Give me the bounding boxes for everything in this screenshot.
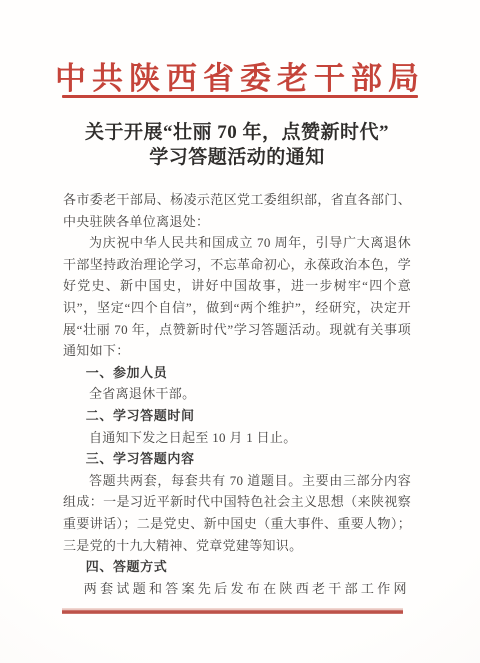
document-title-line1: 关于开展“壮丽 70 年，点赞新时代” <box>85 122 389 143</box>
red-header-rule <box>62 95 418 98</box>
footer-red-rule <box>62 608 403 614</box>
document-title: 关于开展“壮丽 70 年，点赞新时代”学习答题活动的通知 <box>0 120 474 170</box>
document-body: 各市委老干部局、杨凌示范区党工委组织部，省直各部门、中央驻陕各单位离退处： 为庆… <box>63 189 411 599</box>
document-title-line2: 学习答题活动的通知 <box>149 147 325 168</box>
section-heading-content: 三、学习答题内容 <box>63 448 411 470</box>
section-text-time: 自通知下发之日起至 10 月 1 日止。 <box>63 427 411 449</box>
section-heading-method: 四、答题方式 <box>63 556 411 578</box>
section-text-participants: 全省离退休干部。 <box>63 383 411 405</box>
section-text-method: 两套试题和答案先后发布在陕西老干部工作网 <box>63 578 411 600</box>
salutation-paragraph: 各市委老干部局、杨凌示范区党工委组织部，省直各部门、中央驻陕各单位离退处： <box>63 189 411 232</box>
intro-paragraph: 为庆祝中华人民共和国成立 70 周年，引导广大离退休干部坚持政治理论学习，不忘革… <box>63 232 411 362</box>
issuing-authority-name: 中共陕西省委老干部局 <box>0 53 480 98</box>
section-heading-time: 二、学习答题时间 <box>63 405 411 427</box>
section-text-content: 答题共两套，每套共有 70 道题目。主要由三部分内容组成：一是习近平新时代中国特… <box>63 470 411 556</box>
document-page: 中共陕西省委老干部局 关于开展“壮丽 70 年，点赞新时代”学习答题活动的通知 … <box>0 0 480 663</box>
section-heading-participants: 一、参加人员 <box>63 362 411 384</box>
